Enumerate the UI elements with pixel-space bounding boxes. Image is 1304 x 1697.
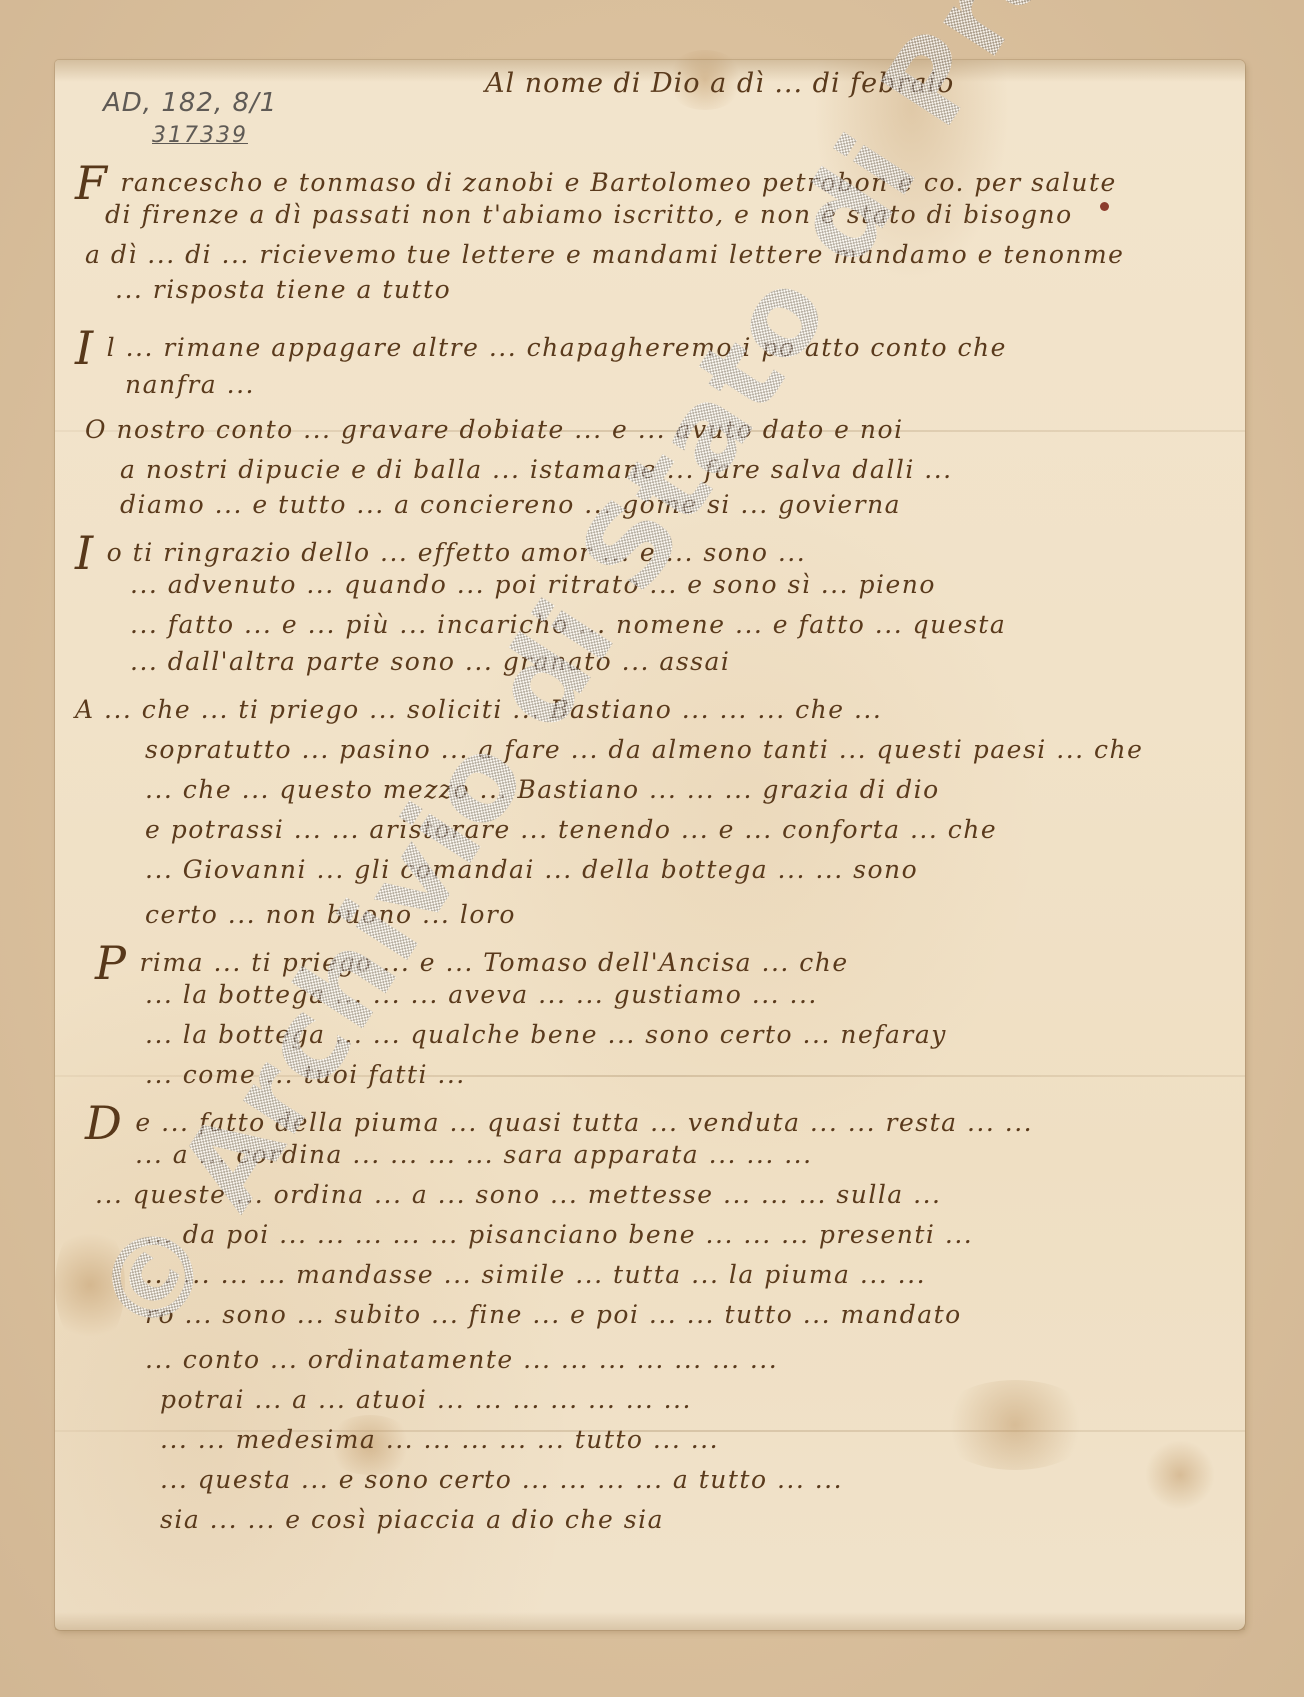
manuscript-page: AD, 182, 8/1 317339 Al nome di Dio a dì … [55,60,1245,1630]
text-line: ... la bottega ... ... qualche bene ... … [145,1020,947,1049]
text-line: diamo ... e tutto ... a conciereno ... g… [120,490,901,519]
text-line: ... questa ... e sono certo ... ... ... … [160,1465,843,1494]
text-line: potrai ... a ... atuoi ... ... ... ... .… [160,1385,692,1414]
text-line: ... la bottega ... ... ... aveva ... ...… [145,980,818,1009]
initial-letter: D [85,1100,123,1146]
text-line: ro ... sono ... subito ... fine ... e po… [145,1300,962,1329]
text-line: Il ... rimane appagare altre ... chapagh… [75,325,1007,371]
letter-heading: Al nome di Dio a dì ... di febraio [485,68,954,99]
text-line: ... Giovanni ... gli comandai ... della … [145,855,918,884]
text-line: e potrassi ... ... aristorare ... tenend… [145,815,997,844]
text-line: ... da poi ... ... ... ... ... pisancian… [145,1220,973,1249]
text-line: sopratutto ... pasino ... a fare ... da … [145,735,1143,764]
water-stain [935,1380,1095,1470]
text-line: ... queste ... ordina ... a ... sono ...… [95,1180,942,1209]
text-line: certo ... non buono ... loro [145,900,516,929]
text-line: ... come ... tuoi fatti ... [145,1060,466,1089]
text-line: ... conto ... ordinatamente ... ... ... … [145,1345,778,1374]
text-line: ... che ... questo mezzo ... Bastiano ..… [145,775,940,804]
text-line: ... a ... cordina ... ... ... ... sara a… [135,1140,813,1169]
text-line: nanfra ... [125,370,255,399]
text-line: ... dall'altra parte sono ... granato ..… [130,647,730,676]
text-line: di firenze a dì passati non t'abiamo isc… [105,200,1073,229]
initial-letter: P [95,940,127,986]
paper-bottom-edge [55,1612,1245,1630]
text-line: a dì ... di ... ricievemo tue lettere e … [85,240,1124,269]
text-line: ... fatto ... e ... più ... incaricho ..… [130,610,1006,639]
water-stain [1145,1440,1215,1510]
text-line: sia ... ... e così piaccia a dio che sia [160,1505,664,1534]
text-line: ... ... medesima ... ... ... ... ... tut… [160,1425,719,1454]
text-line: ... advenuto ... quando ... poi ritrato … [130,570,936,599]
text-line: O nostro conto ... gravare dobiate ... e… [85,415,904,444]
text-line: ... ... ... ... mandasse ... simile ... … [145,1260,926,1289]
archive-number: 317339 [152,123,248,148]
initial-letter: F [75,160,108,206]
initial-letter: I [75,530,95,576]
archive-reference: AD, 182, 8/1 [103,88,277,118]
text-line: A ... che ... ti priego ... soliciti ...… [75,695,882,724]
text-line: ... risposta tiene a tutto [115,275,451,304]
initial-letter: I [75,325,95,371]
text-line: a nostri dipucie e di balla ... istamane… [120,455,953,484]
water-stain [55,1220,125,1350]
